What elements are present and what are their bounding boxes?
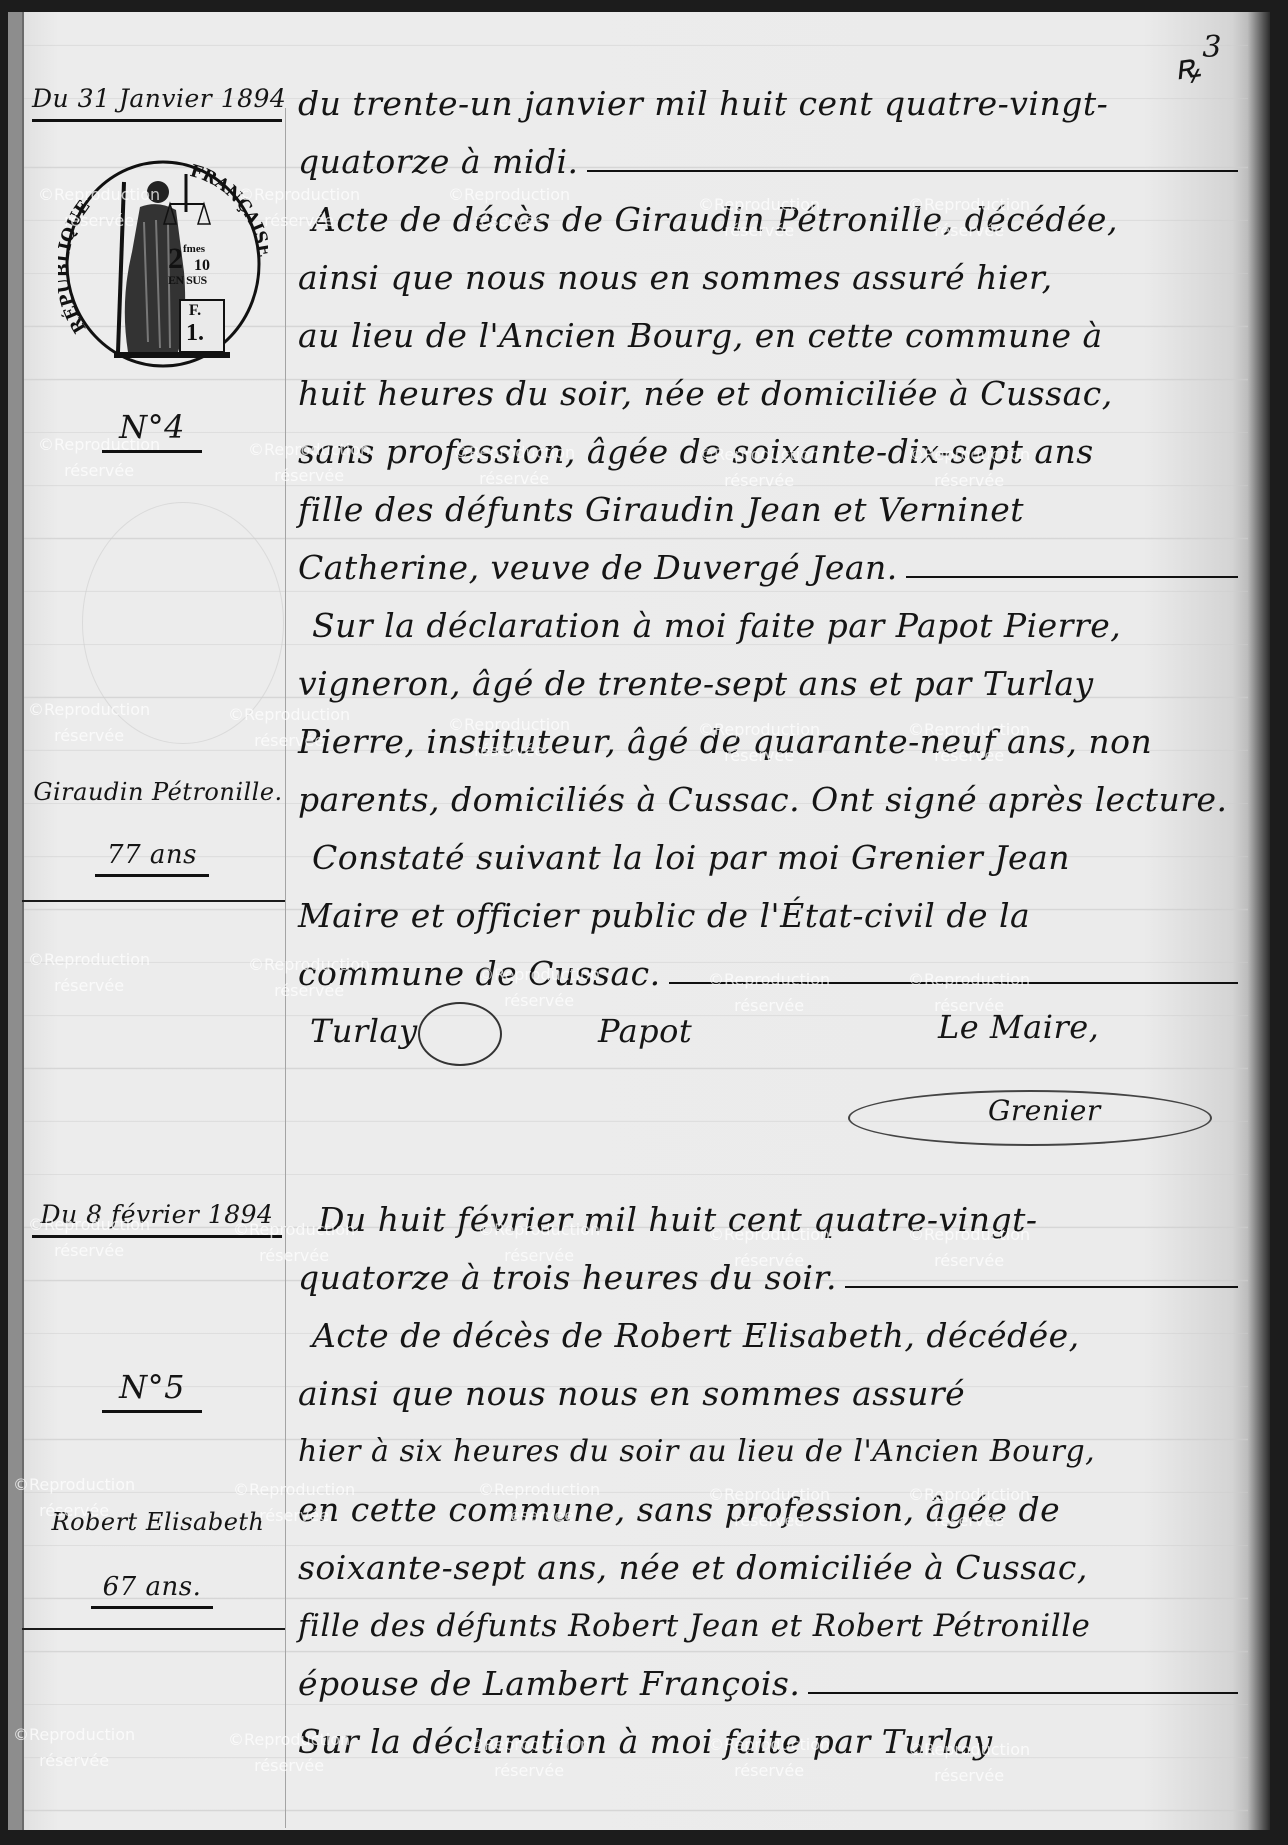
left-margin-column: Du 31 Janvier 1894 RÉPUBLIQUE FRANÇAISE	[22, 12, 285, 1830]
stamp-series: F. 1.	[180, 302, 210, 346]
text-line: ainsi que nous nous en sommes assuré	[298, 1372, 965, 1416]
text-line: épouse de Lambert François.	[298, 1662, 1238, 1706]
fiscal-stamp-icon: RÉPUBLIQUE FRANÇAISE	[58, 152, 268, 372]
register-page: ꝶ 3 Du 31 Janvier 1894 RÉPUBLIQUE FRANÇA…	[8, 12, 1270, 1830]
text-line: Du huit février mil huit cent quatre-vin…	[318, 1198, 1038, 1242]
entry-5-margin-divider	[22, 1628, 285, 1630]
stamp-value: 2fmes 10 EN SUS	[168, 244, 218, 286]
text-line: Acte de décès de Robert Elisabeth, décéd…	[312, 1314, 1080, 1358]
text-line: en cette commune, sans profession, âgée …	[298, 1488, 1060, 1532]
text-line: soixante-sept ans, née et domiciliée à C…	[298, 1546, 1088, 1590]
svg-text:RÉPUBLIQUE: RÉPUBLIQUE	[58, 197, 95, 337]
entry-4-date: Du 31 Janvier 1894	[32, 84, 282, 122]
entry-4-number: N°4	[102, 408, 202, 453]
entry-4-margin-divider	[22, 900, 285, 902]
page-edge-shadow	[1248, 12, 1270, 1830]
margin-rule	[285, 108, 286, 1828]
text-line: fille des défunts Robert Jean et Robert …	[298, 1604, 1090, 1648]
entry-4-age: 77 ans	[82, 840, 222, 870]
text-line: Sur la déclaration à moi faite par Turla…	[298, 1720, 993, 1764]
entry-5-body: Du huit février mil huit cent quatre-vin…	[298, 12, 1248, 1830]
faint-seal-impression	[82, 502, 284, 744]
entry-4-deceased-name: Giraudin Pétronille.	[28, 778, 288, 806]
text-line: quatorze à trois heures du soir.	[298, 1256, 1238, 1300]
text-line: hier à six heures du soir au lieu de l'A…	[298, 1430, 1095, 1474]
